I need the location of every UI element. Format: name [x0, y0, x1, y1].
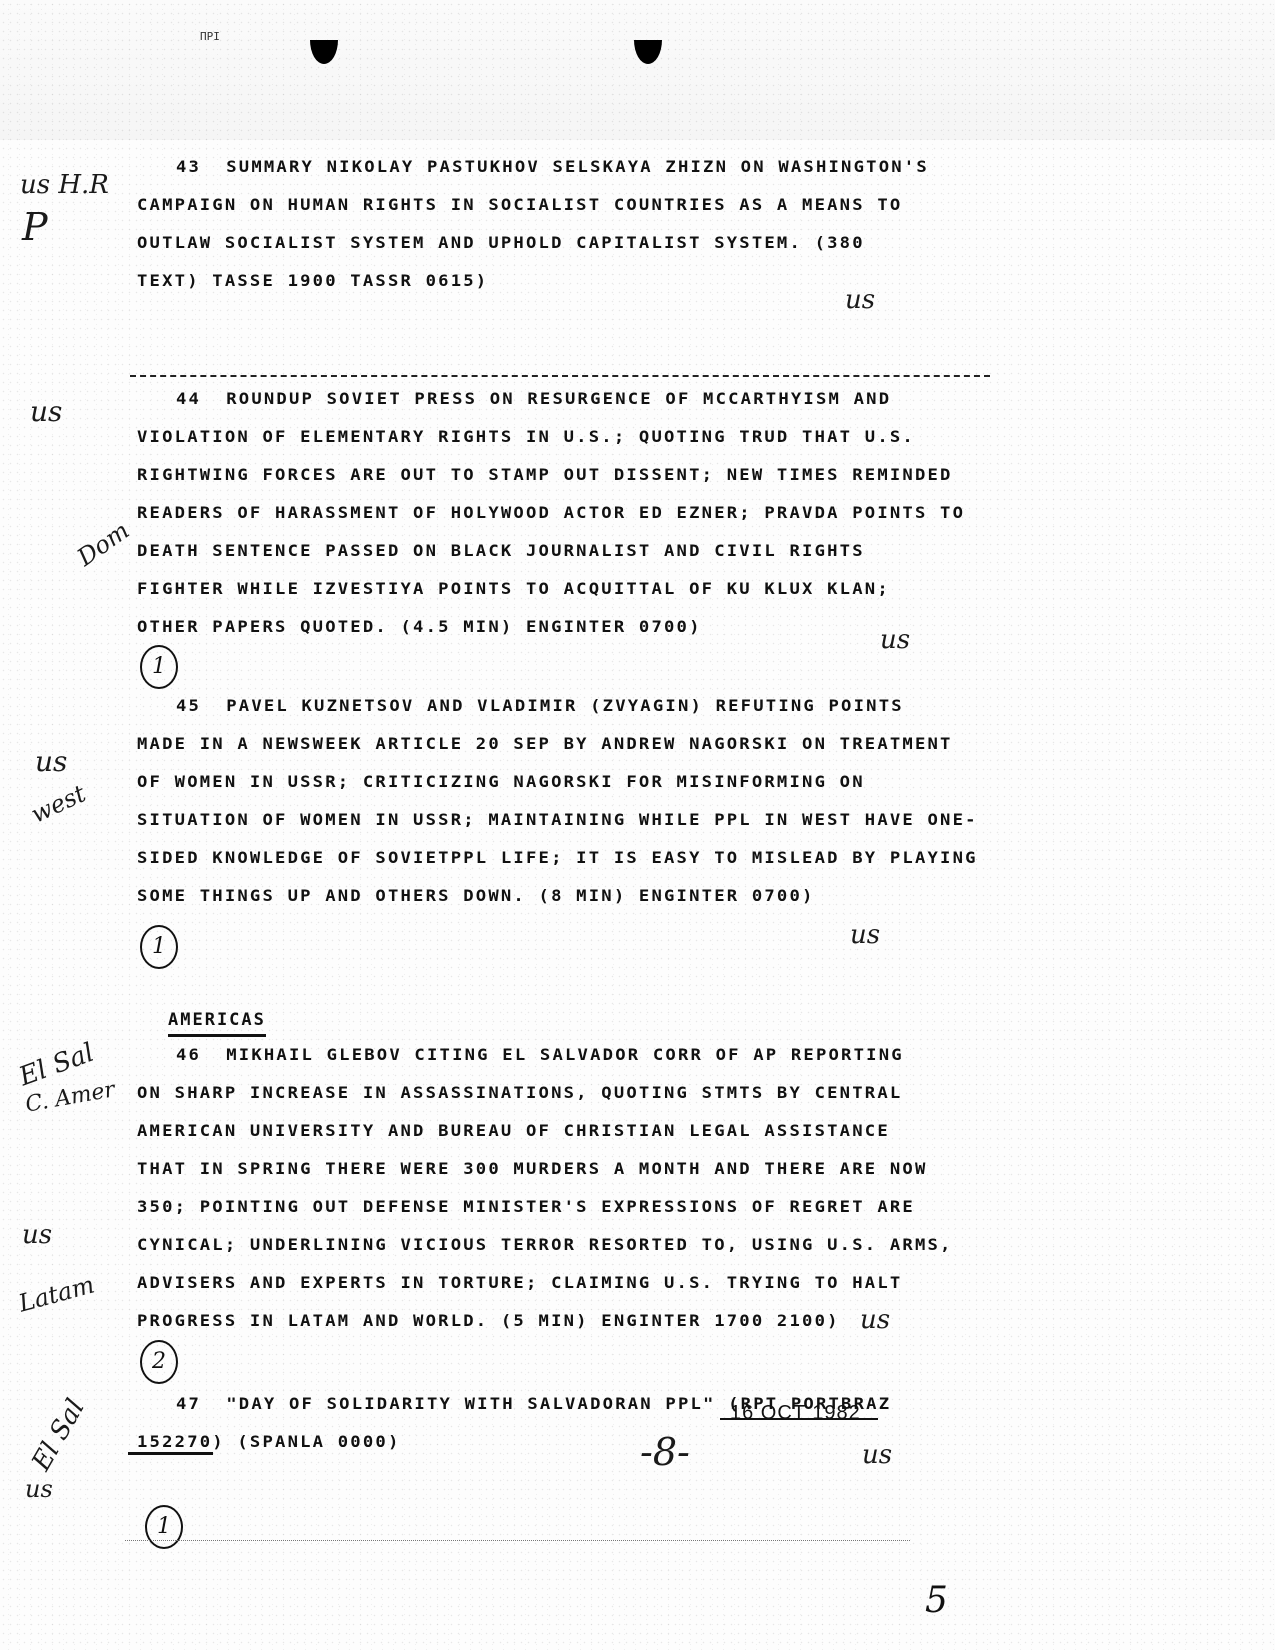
item-number-line: 43 SUMMARY NIKOLAY PASTUKHOV SELSKAYA ZH… — [176, 158, 929, 176]
right-note: us — [862, 1440, 892, 1470]
document-page: ΠΡΙ 43 SUMMARY NIKOLAY PASTUKHOV SELSKAY… — [0, 0, 1275, 1650]
text-line: AMERICAN UNIVERSITY AND BUREAU OF CHRIST… — [137, 1122, 890, 1140]
text-line: RIGHTWING FORCES ARE OUT TO STAMP OUT DI… — [137, 466, 953, 484]
circled-mark: 1 — [140, 925, 178, 969]
text-line: FIGHTER WHILE IZVESTIYA POINTS TO ACQUIT… — [137, 580, 890, 598]
text-line: DEATH SENTENCE PASSED ON BLACK JOURNALIS… — [137, 542, 865, 560]
margin-note: us H.R — [20, 170, 109, 200]
item-number-line: 45 PAVEL KUZNETSOV AND VLADIMIR (ZVYAGIN… — [176, 697, 904, 715]
margin-note: Dom — [72, 516, 134, 571]
text-line: CAMPAIGN ON HUMAN RIGHTS IN SOCIALIST CO… — [137, 196, 902, 214]
right-note: us — [845, 285, 875, 315]
text-line: CYNICAL; UNDERLINING VICIOUS TERROR RESO… — [137, 1236, 953, 1254]
margin-note: P — [22, 205, 48, 249]
text-line: 152270) (SPANLA 0000) — [137, 1433, 401, 1451]
text-line: SOME THINGS UP AND OTHERS DOWN. (8 MIN) … — [137, 887, 815, 905]
text-line: THAT IN SPRING THERE WERE 300 MURDERS A … — [137, 1160, 928, 1178]
right-note: us — [850, 920, 880, 950]
margin-note: us — [35, 745, 67, 778]
text-line: OF WOMEN IN USSR; CRITICIZING NAGORSKI F… — [137, 773, 865, 791]
item-number-line: 44 ROUNDUP SOVIET PRESS ON RESURGENCE OF… — [176, 390, 891, 408]
circled-mark: 1 — [140, 645, 178, 689]
right-note: us — [860, 1305, 890, 1335]
text-line: OUTLAW SOCIALIST SYSTEM AND UPHOLD CAPIT… — [137, 234, 865, 252]
margin-note: west — [27, 779, 90, 828]
circled-mark: 1 — [145, 1505, 183, 1549]
text-line: PROGRESS IN LATAM AND WORLD. (5 MIN) ENG… — [137, 1312, 840, 1330]
text-line: ADVISERS AND EXPERTS IN TORTURE; CLAIMIN… — [137, 1274, 902, 1292]
margin-note: us — [25, 1475, 53, 1503]
page-number: 5 — [925, 1580, 948, 1621]
text-line: ON SHARP INCREASE IN ASSASSINATIONS, QUO… — [137, 1084, 902, 1102]
section-heading: AMERICAS — [168, 1010, 266, 1037]
text-line: MADE IN A NEWSWEEK ARTICLE 20 SEP BY AND… — [137, 735, 953, 753]
margin-note: us — [22, 1220, 52, 1250]
page-marker: -8- — [640, 1430, 690, 1474]
top-mark: ΠΡΙ — [200, 30, 220, 43]
right-note: us — [880, 625, 910, 655]
section-divider — [130, 375, 990, 377]
text-line: READERS OF HARASSMENT OF HOLYWOOD ACTOR … — [137, 504, 965, 522]
margin-note: El Sal — [26, 1394, 91, 1476]
circled-mark: 2 — [140, 1340, 178, 1384]
dotted-rule — [125, 1540, 910, 1541]
scan-top-band — [0, 0, 1275, 140]
text-line: TEXT) TASSE 1900 TASSR 0615) — [137, 272, 488, 290]
underline — [128, 1452, 213, 1455]
item-number-line: 46 MIKHAIL GLEBOV CITING EL SALVADOR COR… — [176, 1046, 904, 1064]
underline — [720, 1418, 878, 1420]
text-line: SIDED KNOWLEDGE OF SOVIETPPL LIFE; IT IS… — [137, 849, 978, 867]
text-line: VIOLATION OF ELEMENTARY RIGHTS IN U.S.; … — [137, 428, 915, 446]
text-line: SITUATION OF WOMEN IN USSR; MAINTAINING … — [137, 811, 978, 829]
text-line: 350; POINTING OUT DEFENSE MINISTER'S EXP… — [137, 1198, 915, 1216]
margin-note: us — [30, 395, 62, 428]
item-number-line: 47 "DAY OF SOLIDARITY WITH SALVADORAN PP… — [176, 1395, 891, 1413]
text-line: OTHER PAPERS QUOTED. (4.5 MIN) ENGINTER … — [137, 618, 702, 636]
margin-note: Latam — [16, 1271, 98, 1318]
